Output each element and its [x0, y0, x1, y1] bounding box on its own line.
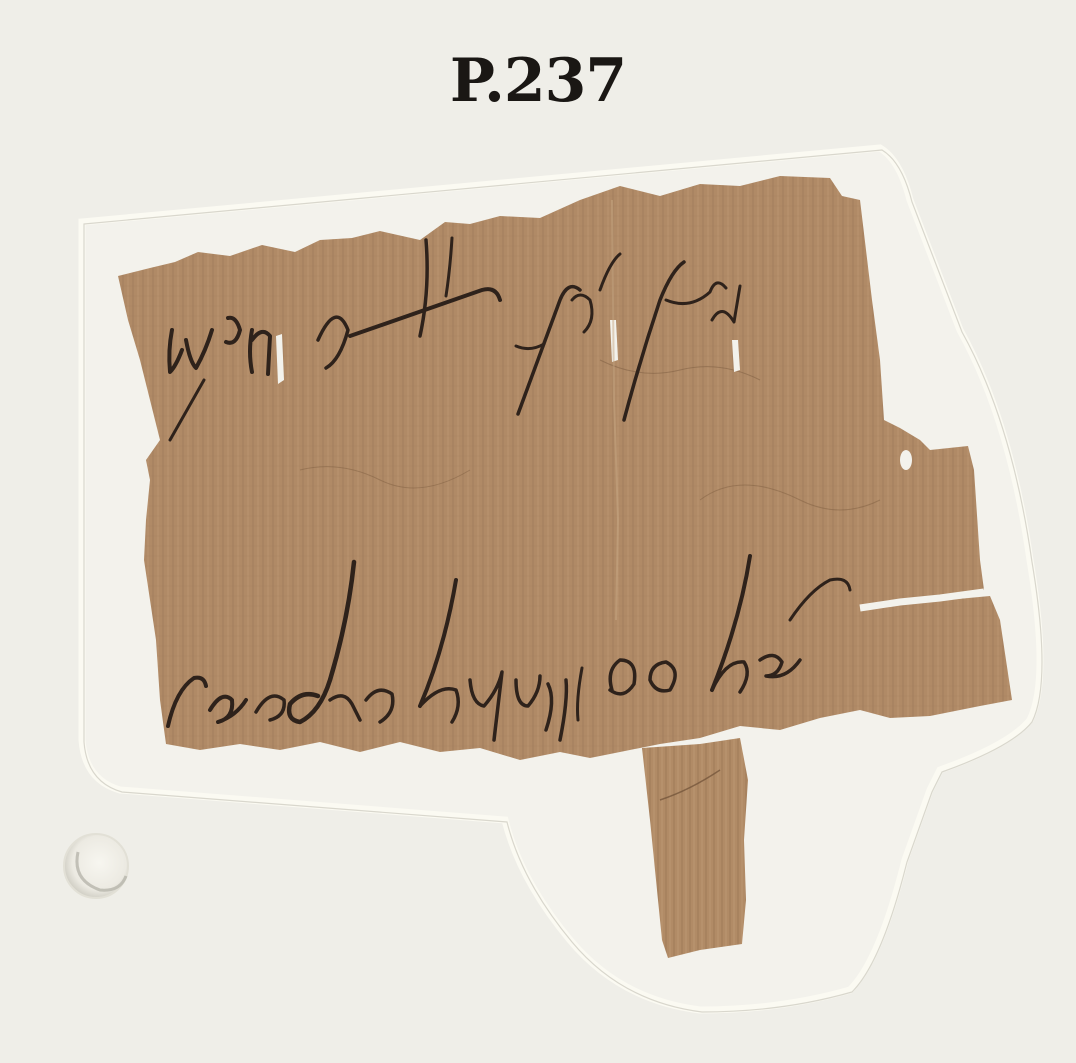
papyrus-photo: P.237 — [0, 0, 1076, 1063]
papyrus-scene — [0, 0, 1076, 1063]
mount-hole — [64, 834, 128, 898]
